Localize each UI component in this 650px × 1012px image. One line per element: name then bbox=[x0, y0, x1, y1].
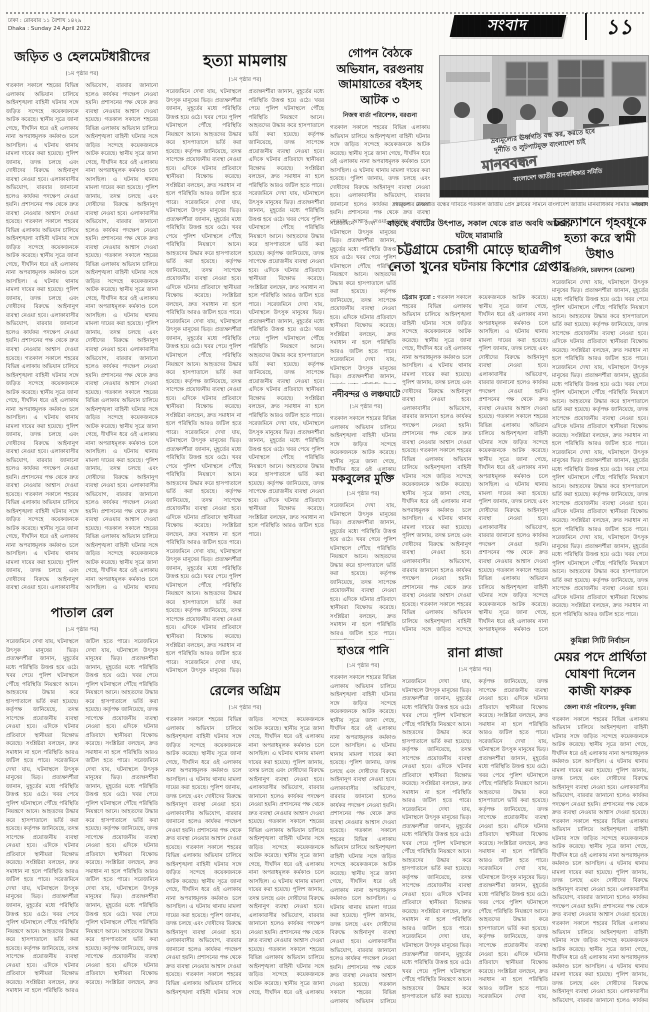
photo-caption-text: দ্রব্যমূল্যের ঊর্ধ্বগতি বন্ধের দাবিতে গত… bbox=[392, 202, 648, 208]
article-borguna: গোপন বৈঠকে অভিযান, বরগুনায় জামায়াতের ব… bbox=[330, 46, 430, 216]
masthead-logo: সংবাদ bbox=[450, 15, 567, 37]
photo-foreground-shadow bbox=[440, 190, 648, 197]
article-rail-advance-continued: (১ম পৃষ্ঠার পর) bbox=[166, 705, 324, 713]
article-mokbul: মকবুলের মুক্তি (১ম পৃষ্ঠার পর) সরেজমিনে … bbox=[330, 470, 396, 640]
article-river-port: নদীবন্দর ও লঞ্চঘাটে (১ম পৃষ্ঠার পর) গতকা… bbox=[330, 388, 402, 468]
article-rana-plaza-headline: রানা প্লাজা bbox=[402, 644, 548, 665]
article-patal-rail: পাতাল রেল (১ম পৃষ্ঠার পর) সরেজমিনে দেখা … bbox=[6, 604, 158, 1004]
article-rana-plaza-body: সরেজমিনে দেখা যায়, ঘটনাস্থলে উৎসুক মানু… bbox=[402, 678, 548, 1004]
article-murder-case: হত্যা মামলায় (১ম পৃষ্ঠার পর) সরেজমিনে দ… bbox=[166, 48, 324, 678]
article-chattogram-body: চট্টগ্রাম ব্যুরো : গতকাল সকালে শহরের বিভ… bbox=[402, 294, 548, 640]
article-cumilla-kicker: কুমিল্লা সিটি নির্বাচন bbox=[552, 636, 648, 648]
photo-caption: -সংবাদ দ্রব্যমূল্যের ঊর্ধ্বগতি বন্ধের দা… bbox=[392, 202, 648, 210]
article-chorfashon-byline: প্রতিনিধি, চরফ্যাশন (ভোলা) bbox=[552, 265, 648, 276]
article-rana-plaza: রানা প্লাজা (১ম পৃষ্ঠার পর) সরেজমিনে দেখ… bbox=[402, 644, 548, 1004]
header-divider bbox=[585, 13, 587, 40]
article-murder-case-continued: (১ম পৃষ্ঠার পর) bbox=[166, 77, 324, 85]
article-haor: হাওরে পানি (১ম পৃষ্ঠার পর) গতকাল সকালে শ… bbox=[330, 642, 396, 1004]
article-mokbul-body: সরেজমিনে দেখা যায়, ঘটনাস্থলে উৎসুক মানু… bbox=[330, 502, 396, 640]
article-rail-advance: রেলের অগ্রিম (১ম পৃষ্ঠার পর) গতকাল সকালে… bbox=[166, 682, 324, 1004]
article-helmet-body: গতকাল সকালে শহরের বিভিন্ন এলাকায় অভিযান… bbox=[6, 82, 158, 600]
dateline-english: Dhaka : Sunday 24 April 2022 bbox=[8, 25, 188, 33]
article-murder-case-body: সরেজমিনে দেখা যায়, ঘটনাস্থলে উৎসুক মানু… bbox=[166, 88, 324, 680]
article-cumilla-byline: জেলা বার্তা পরিবেশক, কুমিল্লা bbox=[552, 702, 648, 713]
dateline: ঢাকা : রোববার ১১ বৈশাখ ১৪২৯ Dhaka : Sund… bbox=[8, 17, 188, 34]
top-dotted-rule bbox=[6, 12, 644, 14]
article-chattogram: বাড়ছে বখাটের উৎপাত, সকাল থেকে রাত অবধি … bbox=[386, 218, 572, 290]
article-helmet-headline: জড়িত ও হেলমেটধারীদের bbox=[6, 48, 158, 69]
human-chain-photo-graphic: দ্রব্যমূল্যের ঊর্ধ্বগতি বন্ধ কর, করতে হব… bbox=[440, 56, 648, 197]
article-mokbul-headline: মকবুলের মুক্তি bbox=[330, 470, 396, 489]
article-river-port-continued: (১ম পৃষ্ঠার পর) bbox=[330, 404, 402, 412]
article-borguna-byline: নিজস্ব বার্তা পরিবেশক, বরগুনা bbox=[330, 110, 430, 121]
article-rail-advance-headline: রেলের অগ্রিম bbox=[166, 682, 324, 703]
article-chorfashon-body: সরেজমিনে দেখা যায়, ঘটনাস্থলে উৎসুক মানু… bbox=[552, 279, 648, 629]
article-chorfashon: চরফ্যাশনে গৃহবধূকে হত্যা করে স্বামী উধাও… bbox=[552, 214, 648, 634]
article-haor-body: গতকাল সকালে শহরের বিভিন্ন এলাকায় অভিযান… bbox=[330, 674, 396, 1004]
newspaper-page: ঢাকা : রোববার ১১ বৈশাখ ১৪২৯ Dhaka : Sund… bbox=[0, 0, 650, 1012]
article-chattogram-body-text: গতকাল সকালে শহরের বিভিন্ন এলাকায় অভিযান… bbox=[402, 295, 548, 633]
masthead-title: সংবাদ bbox=[485, 14, 530, 39]
article-patal-rail-headline: পাতাল রেল bbox=[6, 604, 158, 625]
article-patal-rail-continued: (১ম পৃষ্ঠার পর) bbox=[6, 627, 158, 635]
article-river-port-headline: নদীবন্দর ও লঞ্চঘাটে bbox=[330, 388, 402, 402]
news-photo: দ্রব্যমূল্যের ঊর্ধ্বগতি বন্ধ কর, করতে হব… bbox=[440, 56, 648, 197]
article-chattogram-headline: চট্টগ্রামে চেরাগী মোড়ে ছাত্রলীগ নেতা খু… bbox=[386, 243, 572, 277]
article-helmet: জড়িত ও হেলমেটধারীদের (১ম পৃষ্ঠার পর) গত… bbox=[6, 48, 158, 602]
article-rail-advance-body: গতকাল সকালে শহরের বিভিন্ন এলাকায় অভিযান… bbox=[166, 716, 324, 1004]
article-chattogram-kicker: বাড়ছে বখাটের উৎপাত, সকাল থেকে রাত অবধি … bbox=[386, 218, 572, 241]
article-cumilla-headline: মেয়র পদে প্রার্থিতা ঘোষণা দিলেন কাজী ফা… bbox=[552, 649, 648, 700]
article-borguna-headline: গোপন বৈঠকে অভিযান, বরগুনায় জামায়াতের ব… bbox=[330, 46, 430, 108]
article-river-port-body: গতকাল সকালে শহরের বিভিন্ন এলাকায় অভিযান… bbox=[330, 415, 396, 471]
article-murder-case-headline: হত্যা মামলায় bbox=[166, 48, 324, 75]
page-number: ১১ bbox=[596, 11, 642, 46]
article-haor-continued: (১ম পৃষ্ঠার পর) bbox=[330, 663, 396, 671]
article-rana-plaza-continued: (১ম পৃষ্ঠার পর) bbox=[402, 667, 548, 675]
article-helmet-continued: (১ম পৃষ্ঠার পর) bbox=[6, 71, 158, 79]
article-mokbul-continued: (১ম পৃষ্ঠার পর) bbox=[330, 491, 396, 499]
article-chorfashon-headline: চরফ্যাশনে গৃহবধূকে হত্যা করে স্বামী উধাও bbox=[552, 214, 648, 263]
article-patal-rail-body: সরেজমিনে দেখা যায়, ঘটনাস্থলে উৎসুক মানু… bbox=[6, 638, 158, 1004]
article-cumilla-body: গতকাল সকালে শহরের বিভিন্ন এলাকায় অভিযান… bbox=[552, 716, 648, 1004]
dateline-bangla: ঢাকা : রোববার ১১ বৈশাখ ১৪২৯ bbox=[8, 17, 188, 25]
article-chattogram-lead: চট্টগ্রাম ব্যুরো : bbox=[402, 295, 435, 301]
article-haor-headline: হাওরে পানি bbox=[330, 642, 396, 661]
article-cumilla: কুমিল্লা সিটি নির্বাচন মেয়র পদে প্রার্থ… bbox=[552, 636, 648, 1004]
